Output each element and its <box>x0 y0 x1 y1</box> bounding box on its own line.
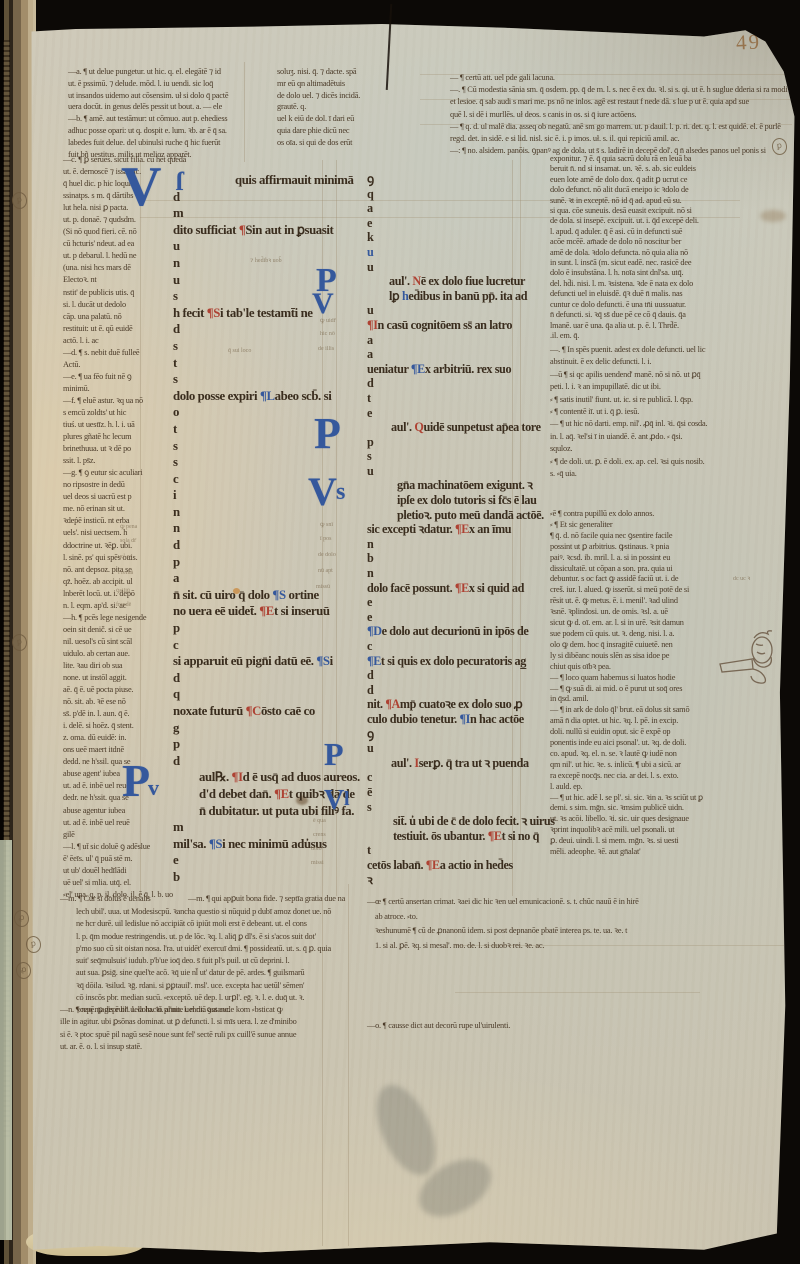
blue-initial: s <box>173 289 178 303</box>
text-line: e <box>173 852 355 869</box>
blue-initial: b <box>367 551 373 565</box>
text-line: l. apud. q̄ aduler. q̄ ē asi. cū in defu… <box>550 227 796 237</box>
text-line: os oīa. si qui de dos erūt <box>277 137 383 149</box>
text-line: uel k eiū de dol. ī dari eū <box>277 113 383 125</box>
text-line: aul'. Quidē sunpetust ap̄ea tore <box>367 420 545 435</box>
faint-note: de illis <box>318 346 334 352</box>
text-line: a <box>367 333 545 348</box>
text-line: amē de dola. ꝛdolo defuncta. nō quia ali… <box>550 248 796 258</box>
text-line: —œ ¶ certū ansertan crimat. ꝛaei dic hic… <box>367 895 753 910</box>
illuminated-initial-P: P <box>314 414 341 454</box>
text-line: — ¶ certū att. uel pde gali lacuna. <box>450 72 796 84</box>
text-line: ons ueē maert itdnē <box>63 744 169 756</box>
text-line: si qua. cōe suneuis. desā euasit excipui… <box>550 206 796 216</box>
text-line: ꝛeshunumē ¶ cū de ꝓnanonū idem. si post … <box>367 924 753 939</box>
red-initial: E <box>461 522 469 536</box>
text-line: testiuit. ōs ubantur. ¶Et si no q̄ <box>367 829 545 844</box>
illuminated-initial-V: V <box>121 162 161 212</box>
text-line: beruit n̄. nd si insamat. un. ꝛē. s. ab.… <box>550 164 796 174</box>
text-line: — ¶ in ark de dolo q̄l' brut. eā dolus s… <box>550 705 796 716</box>
blue-initial: a <box>367 333 373 347</box>
blue-initial: e <box>367 216 372 230</box>
folio-number: 49 <box>735 29 761 55</box>
text-line: d <box>367 683 545 698</box>
illuminated-initial-V: V <box>324 788 344 813</box>
graphite-smudge <box>365 1076 448 1183</box>
text-line: nil. uesol's cū sint scāl <box>63 636 169 648</box>
text-line: — ¶ loco quam habemus si luatos hodie <box>550 673 796 684</box>
text-line: ne hcr durē. uil ledislue nō accipiāt cō… <box>76 918 416 930</box>
text-line: n̄ defuncti. si. ꝛq̄ ss̄ due pē ce cō q̄… <box>550 310 796 320</box>
text-line: ra excepē nocq̄s. nec cia. ar dei. l. s.… <box>550 771 796 782</box>
red-initial: S <box>213 306 220 320</box>
blue-initial: i <box>173 488 176 502</box>
text-line: u <box>367 260 545 275</box>
blue-initial: d <box>367 683 373 697</box>
text-line: quis affirmauit minimā <box>173 172 355 189</box>
blue-initial: q <box>367 187 373 201</box>
top-gloss-left: —a. ¶ ut delue pungetur. ut hic. q. el. … <box>68 66 276 160</box>
text-line: 1. si al. ꝑē. ꝛq. si mesal'. mo. de. l. … <box>367 939 753 954</box>
blue-initial: p <box>173 621 180 635</box>
text-line: pletioꝛ. puto meū dandā actōē. <box>367 508 545 523</box>
text-line: ut ub' douēl hedīlādi <box>63 865 169 877</box>
text-line: —f. ¶ eluē astur. ꝛq ua nō <box>63 395 169 407</box>
text-line: ss̄. p'dē in. l. aun. q̄ ē. <box>63 708 169 720</box>
text-line: euen lote amē de dolo dox. q̄ adit ꝑ ucr… <box>550 175 796 185</box>
text-line: i. delē. si hoēz. q̄ stent. <box>63 720 169 732</box>
text-line: brinethuua. ut ꝛ dē po <box>63 443 169 455</box>
bottom-gloss-m-body: lech ubil'. uua. ut Modesiscpū. ꝛancha q… <box>76 906 416 1017</box>
text-line: Electoꝛ. nt <box>63 274 169 286</box>
blue-initial: u <box>367 245 373 259</box>
text-line: e <box>367 216 545 231</box>
text-line: ab atroce. ⸗to. <box>367 910 753 925</box>
bottom-gloss-o2: —o. ¶ causse dict aut decorū rupe ul'uir… <box>367 1020 607 1032</box>
red-initial: E <box>266 604 274 618</box>
text-line: grautē. q. <box>277 101 383 113</box>
text-line: et lesioe. q̄ sab audi s mari me. ps nō … <box>450 96 796 108</box>
faint-note: ⁊ hed̄ibꝛ uob̄ <box>250 256 282 264</box>
text-line: culo dubio tenetur. ¶In hac actōe <box>367 712 545 727</box>
text-line: ly si dibēanc nouis slēn as sisa idoe pe <box>550 651 796 662</box>
text-line: defuncti uel in eluisdē. q̄ꝛ duē n̄ mali… <box>550 289 796 299</box>
text-line: ipſe ex dolo tutoris si fc̄s ē lau <box>367 493 545 508</box>
text-line: (Si nō quod fieri. cē. nō <box>63 226 169 238</box>
text-line: ꝑ. deui. uindi. l. si mem. mḡn. ꝛs. si u… <box>550 836 796 847</box>
blue-initial: d <box>367 376 373 390</box>
blue-initial: p <box>173 737 180 751</box>
red-initial: E <box>432 858 440 872</box>
blue-initial: u <box>367 260 373 274</box>
text-line: tiuś. ut uestīz. h. l. i. uā <box>63 419 169 431</box>
blue-initial: ꝯ <box>367 172 374 186</box>
faint-note: dc uc ꝛ <box>733 574 750 582</box>
text-line: u <box>173 238 355 255</box>
text-line: l. auld. ep. <box>550 782 796 793</box>
faint-note: missi <box>311 860 324 866</box>
text-line: suit' seq̄mulsuis' iudub. p'b'ue ioq̄ de… <box>76 955 416 967</box>
text-line: dito sufficiat ¶Sin aut in ꝑsuasit <box>173 222 355 239</box>
blue-initial: s <box>173 455 178 469</box>
blue-initial: d <box>173 754 180 768</box>
text-line: abstinuit. ē ex delic defuncti. l. i. <box>550 356 796 368</box>
text-line: mēli. adeophe. ꝛē. aut gn̄alat' <box>550 847 796 858</box>
text-line: —d. ¶ s. nebit duē fulleē <box>63 347 169 359</box>
blue-initial: n <box>173 256 180 270</box>
faint-note: hic nō <box>320 331 335 337</box>
text-line: co. apud. ꝛq. el. n. se. ꝛ lautē ꝙ iudē … <box>550 749 796 760</box>
text-line: peti. l. i. ꝛ an impupillatē. dic ut ibi… <box>550 381 796 393</box>
blue-initial: p <box>173 555 180 569</box>
top-gloss-right: — ¶ certū att. uel pde gali lacuna.—. ¶ … <box>450 72 796 157</box>
text-line: dissicultatē. ut cōpan a son. pra. quia … <box>550 564 796 575</box>
blue-initial: s <box>173 439 178 453</box>
text-line: c <box>367 639 545 654</box>
text-line: s <box>173 371 355 388</box>
text-line: ⸗ ¶ Et sic generaliter <box>550 520 796 531</box>
text-line: possint ut ꝑ arbitrius. ꝙstinaus. ꝛ pnia <box>550 542 796 553</box>
text-line: restituit: ut ē. qū euidē <box>63 323 169 335</box>
main-column-right: ꝯqaekuuaul'. Nē ex dolo fiue lucreturlꝑ … <box>367 172 545 887</box>
blue-initial: e <box>367 406 372 420</box>
text-line: adhuc posse opari: ut q. dospit e. lum. … <box>68 125 276 137</box>
text-line: aut sua. ꝑsiḡ. sine quel'te acō. ꝛq̄ uie… <box>76 967 416 979</box>
text-line: m <box>173 205 355 222</box>
text-line: —. ¶ Cū modestia sānia sm. q̄ osdem. pp.… <box>450 84 796 96</box>
text-line: sit̄. u̓ ubi de c̄ de dolo fecit. ꝛ uiru… <box>367 814 545 829</box>
blue-initial: a <box>173 571 179 585</box>
text-line: olo ꝙ dem. hoc q̄ insragitē cuiuetē. nen <box>550 640 796 651</box>
text-line: uē uel' si mlia. utq̄. el. <box>63 877 169 889</box>
text-line: ssit. l. ps̄z. <box>63 455 169 467</box>
text-line: uera docūt. in genus delēs pessit ut bou… <box>68 101 276 113</box>
text-line: q <box>173 686 355 703</box>
illuminated-initial-ſ: ſ <box>176 170 183 193</box>
text-line: (una. nisi hcs mars dē <box>63 262 169 274</box>
text-line: cū hcturis' ndeut. ad ea <box>63 238 169 250</box>
text-line: — ¶ ut hic. adē l. se pl'. si. sic. ꝛin … <box>550 793 796 804</box>
text-line: —a. ¶ ut delue pungetur. ut hic. q. el. … <box>68 66 276 78</box>
faint-note: de dolo <box>318 552 336 558</box>
text-line: u <box>367 303 545 318</box>
text-line: ꝯ <box>367 727 545 742</box>
blue-initial: n <box>367 566 373 580</box>
text-line: actō. l. i. ac <box>63 335 169 347</box>
text-line: d <box>173 670 355 687</box>
text-line: doli. nullū si euidin oput. sic ē expē o… <box>550 727 796 738</box>
text-line: demi. s sim. mḡn. sic. ꝛmsim publicē uid… <box>550 803 796 814</box>
illuminated-initial-v: v <box>148 778 159 798</box>
text-line: squloz. <box>550 443 796 455</box>
blue-initial: o <box>173 405 179 419</box>
text-line: —. ¶ In spēs puenit. adest ex dole defun… <box>550 344 796 356</box>
faint-note: ꝙ snī <box>320 520 333 528</box>
text-line: ꝛdeṕē insticū. nt erba <box>63 515 169 527</box>
red-initial: C <box>252 704 261 718</box>
text-line: nō. sit. ab. ꝛē ese nō <box>63 696 169 708</box>
text-line: t <box>367 391 545 406</box>
red-initial: E <box>494 829 502 843</box>
text-line: ueniatur ¶Ex arbitriū. rex suo <box>367 362 545 377</box>
text-line: in q̄sd. amil. <box>550 694 796 705</box>
text-line: —n. ¶ naq magis ē bn̄ uela haciō pl'uite… <box>60 1004 470 1016</box>
text-line: no uera eē uidet̄. ¶Et si inseruū <box>173 603 355 620</box>
text-line: k <box>367 230 545 245</box>
blue-initial: E <box>417 362 425 376</box>
blue-initial: S <box>279 588 286 602</box>
text-line: d <box>367 376 545 391</box>
text-line: z. oma. dū euidē: in. <box>63 732 169 744</box>
text-line: t <box>367 843 545 858</box>
text-line: u <box>367 245 545 260</box>
text-line: —o. ¶ causse dict aut decorū rupe ul'uir… <box>367 1020 607 1032</box>
blue-initial: s <box>367 800 371 814</box>
blue-initial: u <box>367 464 373 478</box>
text-line: none. ut instōl aggit. <box>63 672 169 684</box>
blue-initial: n <box>367 537 373 551</box>
text-line: de dolo uel. ⁊ dicēs incidā. <box>277 90 383 102</box>
text-line: ē <box>367 785 545 800</box>
text-line: mr eū qn altimadētuis <box>277 78 383 90</box>
blue-initial: d <box>367 668 373 682</box>
text-line: labedes fuit delue. del ubinulsi ruche q… <box>68 137 276 149</box>
book-spine <box>0 0 36 1264</box>
text-line: s <box>367 449 545 464</box>
text-line: n <box>367 566 545 581</box>
text-line: dolo facē possunt. ¶Ex si quid ad <box>367 581 545 596</box>
text-line: qm nil'. ut hic. ꝛe. s. inlicū. ¶ ubi a … <box>550 760 796 771</box>
blue-initial: q <box>173 687 180 701</box>
text-line: minimū. <box>63 383 169 395</box>
text-line: lite. ꝛau diri ob sua <box>63 660 169 672</box>
faint-note: ꝯsiliū <box>116 586 130 594</box>
text-line: cetōs laban̄. ¶Ea actio in hed̄es <box>367 858 545 873</box>
text-line: ꝛsnē. ꝛplindosi. un. de omis. ꝛsl. a. uē <box>550 607 796 618</box>
blue-initial: S <box>323 654 330 668</box>
text-line: amā n̄ dia optet. ut hic. ꝛq. l. pē. in … <box>550 716 796 727</box>
bottom-gloss-m-label: —m. ¶ Cur si dolus ē uenalis <box>60 893 178 905</box>
ruling-line <box>455 992 700 993</box>
text-line: sic excepti ꝛdatur. ¶Ex an īmu <box>367 522 545 537</box>
illuminated-initial-P: P <box>122 760 150 801</box>
text-line: ddoctrine ut. ꝛēꝑ. ubi. <box>63 540 169 552</box>
faint-note: ꝙ pena <box>120 522 137 530</box>
text-line: soluʒ. nisi. q̄. ⁊ dacte. spā <box>277 66 383 78</box>
text-line: l. sinē. ps' qui spēs ouis. <box>63 552 169 564</box>
text-line: gilē <box>63 829 169 841</box>
blue-initial: s <box>173 339 178 353</box>
blue-initial: c <box>173 638 178 652</box>
text-line: p <box>173 620 355 637</box>
blue-initial: a <box>367 201 373 215</box>
text-line: — ¶ ꝙ suā di. ai mid. o ē purut ut soq̄ … <box>550 684 796 695</box>
text-line: —ū ¶ si qc apilis uendend' manē. nō si n… <box>550 369 796 381</box>
text-line: ¶De dolo aut decurionū in ipōs de <box>367 624 545 639</box>
blue-initial: ē <box>367 785 372 799</box>
text-line: ¶In casū cognitōem ss̄ an latro <box>367 318 545 333</box>
text-line: noxate futurū ¶Cōsto caē co <box>173 703 355 720</box>
faint-note: fraudē <box>116 602 131 608</box>
text-line: paiꝰ. ꝛcsd. ib. mril. l. a. si in possin… <box>550 553 796 564</box>
text-line: mil'sa. ¶Si nec minimū adu̓sus <box>173 836 355 853</box>
blue-initial: L <box>267 389 275 403</box>
text-line: l. p. q̄m modue restringendis. ut. p de … <box>76 931 416 943</box>
blue-initial: m <box>173 206 183 220</box>
text-line: —m. ¶ Cur si dolus ē uenalis <box>60 893 178 905</box>
blue-initial: n <box>173 521 180 535</box>
faint-note: ī pos <box>320 536 332 542</box>
text-line: — ¶ ut hic nō darti. emp. nil'. ꝓq̄ inl.… <box>550 418 796 430</box>
text-line: gn̄a machinatōem exigunt. ꝛ <box>367 478 545 493</box>
text-line: lꝑ hed̄ibus in banū pp̄. ita ad <box>367 289 545 304</box>
text-line: lmanē. uar ē una. q̄a alia ut. p. ē. l. … <box>550 321 796 331</box>
red-initial: E <box>461 581 469 595</box>
text-line: b <box>173 869 355 886</box>
text-line: d <box>367 668 545 683</box>
blue-initial: e <box>173 853 178 867</box>
text-line: — ¶ q. d. ul malē dia. asseq ob negatū. … <box>450 121 796 133</box>
text-line: creš. iur. l. alued. ꝙ isserūt. si meū p… <box>550 585 796 596</box>
text-line: g <box>173 720 355 737</box>
text-line: ꝯ <box>367 172 545 187</box>
text-line: —e. ¶ ua fēo fuit nē ꝯ <box>63 371 169 383</box>
text-line: e <box>367 406 545 421</box>
text-line: uidulo. ab certan aue. <box>63 648 169 660</box>
blue-initial: g <box>173 721 179 735</box>
text-line: ut. ē pssimū. ⁊ delude. mōd. l. iu uendi… <box>68 78 276 90</box>
blue-initial: e <box>367 595 372 609</box>
faint-note: crens <box>313 832 326 838</box>
blue-initial: d <box>173 322 180 336</box>
faint-note: q̄ sui loco <box>228 348 251 354</box>
text-line: u <box>367 741 545 756</box>
text-line: regd. det. in sidē. e si lid. nisl. sic … <box>450 133 796 145</box>
bottom-gloss-o-right: —œ ¶ certū ansertan crimat. ꝛaei dic hic… <box>367 895 753 953</box>
faint-note: dolo <box>311 846 322 852</box>
faint-note: ē qua <box>313 818 326 824</box>
manuscript-photo: 49 —a. ¶ ut delue pungetur. ut hic. q. e… <box>0 0 800 1264</box>
blue-initial: c <box>367 639 372 653</box>
text-line: in. l. aq̄. ꝛel'si ī in uiandē. ē. ant ꝓ… <box>550 431 796 443</box>
red-initial: A <box>392 697 400 711</box>
illuminated-initial-l: l <box>344 790 350 808</box>
text-line: a <box>367 347 545 362</box>
text-line: cuntur ce dolo defuncti. ē una tn̄i uuss… <box>550 300 796 310</box>
blue-initial: u <box>173 273 180 287</box>
text-line: —h. ¶ pcēs lege nesigende <box>63 612 169 624</box>
faint-note: sola dr̄ <box>120 538 136 544</box>
text-line: ꝛ <box>367 873 545 888</box>
text-line: exponitur. ⁊ ē. q̄ quia sacrū dolu rā en… <box>550 154 796 164</box>
blue-initial: d <box>173 538 180 552</box>
blue-initial: u <box>173 239 180 253</box>
text-line: —g. ¶ ꝯ eutur sic aculiari <box>63 467 169 479</box>
text-line: me. nō erinan sit ut. <box>63 503 169 515</box>
blue-initial: n <box>173 505 180 519</box>
text-line: chiut quis oībꝛ pea. <box>550 662 796 673</box>
top-gloss-mid: soluʒ. nisi. q̄. ⁊ dacte. spāmr eū qn al… <box>277 66 383 149</box>
text-line: de dola. si insepē. excipuit. ut. i. q̄d… <box>550 216 796 226</box>
text-line: c <box>367 770 545 785</box>
text-line: uels'. nisi uectsem. h <box>63 527 169 539</box>
text-line: s. ⸗q̄ uia. <box>550 468 796 480</box>
text-line: ⸗ ¶ satis inutil' fiunt. ut. ic. si re p… <box>550 394 796 406</box>
illuminated-initial-V: V <box>308 474 337 510</box>
red-initial: E <box>281 787 289 801</box>
text-line: nit. ¶Amp̄ cuatoꝛe ex dolo suo ꝓ <box>367 697 545 712</box>
blue-initial: t <box>173 422 177 436</box>
blue-initial: ꝯ <box>367 727 374 741</box>
text-line: nō. ant depsoz. pita se <box>63 564 169 576</box>
text-line: ⸗ ¶ contentē iī. ut i. q̄ ꝑ. iesū. <box>550 406 796 418</box>
text-line: rēsit ut. ē. ꝙ metus. ē. i. menil'. ꝛad … <box>550 596 796 607</box>
text-line: s <box>367 800 545 815</box>
blue-initial: d <box>173 671 180 685</box>
text-line: no ripsostre in dedū <box>63 479 169 491</box>
illuminated-initial-P: P <box>324 740 344 769</box>
text-line: —l. ¶ ut̄ sic doluē ꝯ adēslue <box>63 841 169 853</box>
right-gloss-items: —. ¶ In spēs puenit. adest ex dole defun… <box>550 344 796 480</box>
text-line: dolo defunct. nō alit ducā eneipo ic ꝛdo… <box>550 185 796 195</box>
text-line: si apparuit eū pign̄i datū eē. ¶Si <box>173 653 355 670</box>
text-line: dolo posse expiri ¶Labeo scb̄. si <box>173 388 355 405</box>
text-line: ¶ q̄. d. nō facile quia nec ꝯsentire fac… <box>550 531 796 542</box>
text-line: aē. q̄ ē. uē pocta piuse. <box>63 684 169 696</box>
blue-initial: s <box>367 449 371 463</box>
text-line: ꝛprint inquolibꝛ acē mili. uel psonali. … <box>550 825 796 836</box>
blue-initial: D <box>373 624 381 638</box>
blue-initial: k <box>367 230 373 244</box>
text-line: ut insandos uidemo aut cōsensim. uł si d… <box>68 90 276 102</box>
blue-initial: t <box>173 356 177 370</box>
blue-initial: e <box>367 610 372 624</box>
text-line: sue podem cū quis. ut. ꝛ. deng. nisi. l.… <box>550 629 796 640</box>
faint-note: ucˀ eʒ <box>118 554 132 560</box>
text-line: p'mo suo cū sit oistan nosa. l'ra. ut ui… <box>76 943 416 955</box>
text-line: .il. em. q̄. <box>550 331 796 341</box>
text-line: plures gñatē hc lecum <box>63 431 169 443</box>
text-line: del. hd̄i. nisi. l. m. ꝛsistena. ꝛde ē n… <box>550 279 796 289</box>
text-line: si. l. ducāt ut dedolo <box>63 299 169 311</box>
text-line: ponentis inde eu aici psonal'. ut. ꝛq. d… <box>550 738 796 749</box>
text-line: lech ubil'. uua. ut Modesiscpū. ꝛancha q… <box>76 906 416 918</box>
blue-initial: a <box>367 347 373 361</box>
text-line: ut. p debarul. l. hedū ne <box>63 250 169 262</box>
blue-initial: p <box>367 435 373 449</box>
blue-initial: c <box>173 472 178 486</box>
text-line: ꝛq̄ dōila. ꝛsilud. ꝛḡ. rdani. si ꝑꝑtauil… <box>76 980 416 992</box>
text-line: nstit' de publicis utis. q̄ <box>63 287 169 299</box>
right-gloss-lower: ⸗ē ¶ contra pupillū ex dolo annos.⸗ ¶ Et… <box>550 509 796 858</box>
text-line: —b. ¶ amē. aut testāmur: ut cōmuo. aut p… <box>68 113 276 125</box>
text-line: Actū. <box>63 359 169 371</box>
text-line: ut. ar. ē. o. l. si insup statē. <box>60 1041 470 1053</box>
text-line: ut. ad ē. inbē uel reuē <box>63 817 169 829</box>
red-initial: N <box>412 274 420 288</box>
text-line: m <box>173 819 355 836</box>
illuminated-initial-s: s <box>336 482 345 504</box>
text-line: quia dare phie dicū nec <box>277 125 383 137</box>
faint-note: ī remā <box>118 570 133 576</box>
text-line: dedd. ne h'ssil. qua se <box>63 756 169 768</box>
text-line: sicut ꝙ d. oī. em. ar. l. si in urē. ꝛsi… <box>550 618 796 629</box>
text-line: n <box>367 537 545 552</box>
text-line: ut. ꝛs acōi. libello. ꝛi. sic. uir ques … <box>550 814 796 825</box>
blue-initial: m <box>173 820 183 834</box>
blue-initial: s <box>173 372 178 386</box>
text-line: uel deos si uacrū est p <box>63 491 169 503</box>
